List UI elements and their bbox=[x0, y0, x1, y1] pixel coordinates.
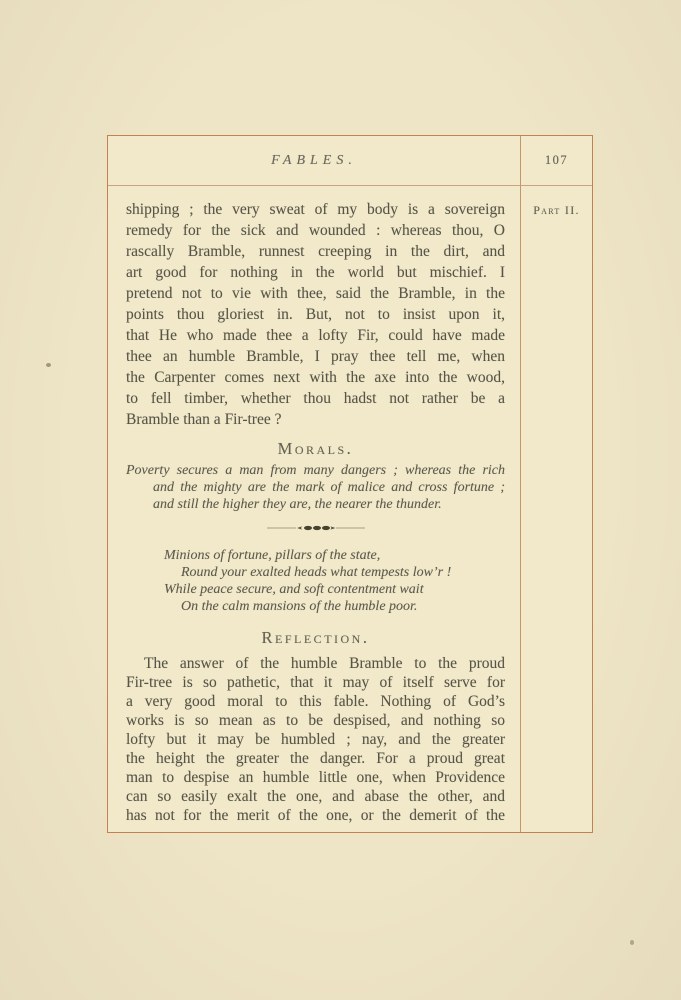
page-number-cell: 107 bbox=[521, 136, 592, 186]
page-number: 107 bbox=[545, 153, 568, 168]
page-title: FABLES. bbox=[271, 153, 357, 169]
book-page-scan: FABLES. 107 shipping ; the very sweat of… bbox=[0, 0, 681, 1000]
morals-text: Poverty secures a man from many dangers … bbox=[126, 462, 505, 513]
paragraph-line: works is so mean as to be despised, and … bbox=[126, 711, 505, 730]
paragraph-line: has not for the merit of the one, or the… bbox=[126, 806, 505, 825]
paragraph-line: thee an humble Bramble, I pray thee tell… bbox=[126, 346, 505, 367]
paragraph-line: man to despise an humble little one, whe… bbox=[126, 768, 505, 787]
reflection-heading: Reflection. bbox=[126, 628, 505, 648]
morals-line: and still the higher they are, the neare… bbox=[126, 496, 505, 513]
paragraph-line: that He who made thee a lofty Fir, could… bbox=[126, 325, 505, 346]
scan-speck bbox=[630, 940, 634, 945]
paragraph-line: rascally Bramble, runnest creeping in th… bbox=[126, 241, 505, 262]
paragraph-line: The answer of the humble Bramble to the … bbox=[126, 654, 505, 673]
paragraph-line: Fir-tree is so pathetic, that it may of … bbox=[126, 673, 505, 692]
verse-line: Minions of fortune, pillars of the state… bbox=[164, 547, 505, 564]
running-header: FABLES. bbox=[108, 136, 521, 186]
fable-paragraph: shipping ; the very sweat of my body is … bbox=[126, 199, 505, 430]
paragraph-line: the height the greater the danger. For a… bbox=[126, 749, 505, 768]
verse-quotation: Minions of fortune, pillars of the state… bbox=[164, 547, 505, 615]
morals-heading: Morals. bbox=[126, 439, 505, 459]
part-margin-note: Part II. bbox=[521, 203, 592, 218]
paragraph-line: to fell timber, whether thou hadst not r… bbox=[126, 388, 505, 409]
paragraph-line: lofty but it may be humbled ; nay, and t… bbox=[126, 730, 505, 749]
paragraph-line: art good for nothing in the world but mi… bbox=[126, 262, 505, 283]
verse-line: Round your exalted heads what tempests l… bbox=[164, 564, 505, 581]
diamond-rule-ornament-icon bbox=[266, 522, 366, 534]
paragraph-line: shipping ; the very sweat of my body is … bbox=[126, 199, 505, 220]
scan-speck bbox=[46, 363, 51, 367]
morals-line: Poverty secures a man from many dangers … bbox=[126, 462, 505, 479]
reflection-paragraph: The answer of the humble Bramble to the … bbox=[126, 654, 505, 825]
text-column: shipping ; the very sweat of my body is … bbox=[108, 186, 521, 832]
paragraph-line: a very good moral to this fable. Nothing… bbox=[126, 692, 505, 711]
verse-line: On the calm mansions of the humble poor. bbox=[164, 598, 505, 615]
page-frame: FABLES. 107 shipping ; the very sweat of… bbox=[107, 135, 593, 833]
paragraph-line: points thou gloriest in. But, not to ins… bbox=[126, 304, 505, 325]
paragraph-line: the Carpenter comes next with the axe in… bbox=[126, 367, 505, 388]
margin-column: Part II. bbox=[521, 186, 592, 832]
paragraph-line: remedy for the sick and wounded : wherea… bbox=[126, 220, 505, 241]
paragraph-line: can so easily exalt the one, and abase t… bbox=[126, 787, 505, 806]
paragraph-line: pretend not to vie with thee, said the B… bbox=[126, 283, 505, 304]
morals-line: and the mighty are the mark of malice an… bbox=[126, 479, 505, 496]
verse-line: While peace secure, and soft contentment… bbox=[164, 581, 505, 598]
paragraph-line: Bramble than a Fir-tree ? bbox=[126, 409, 505, 430]
